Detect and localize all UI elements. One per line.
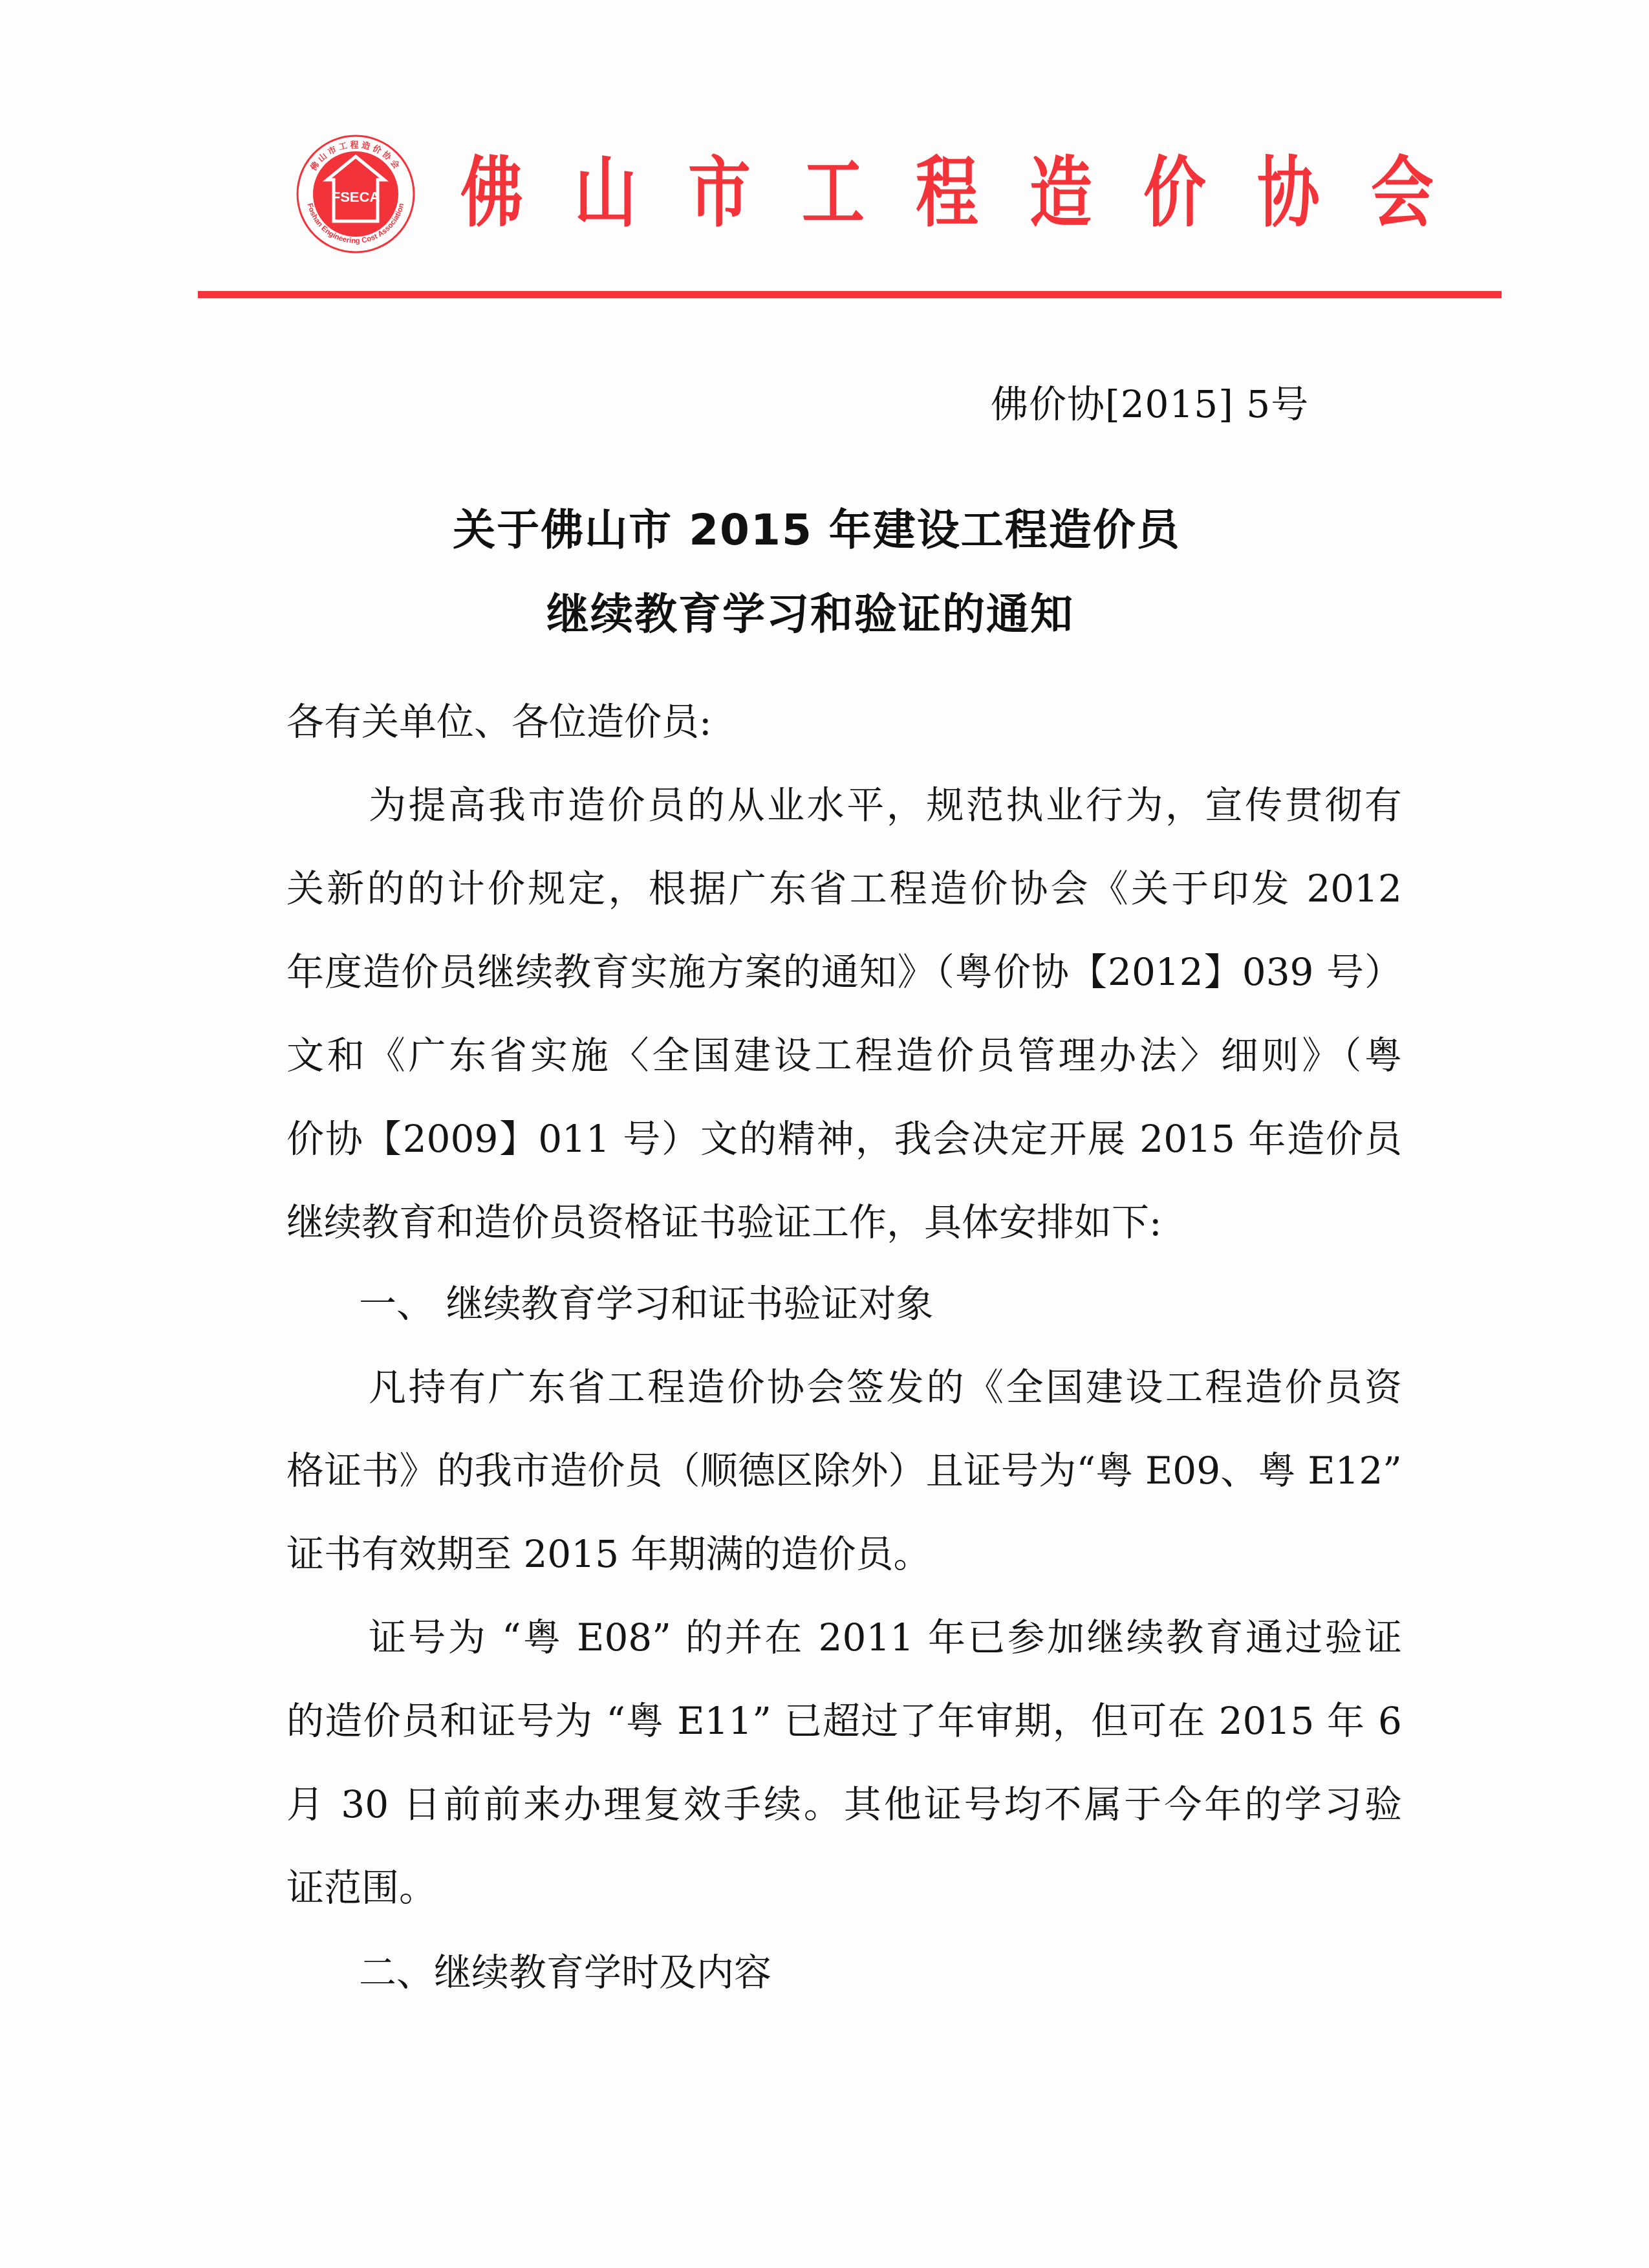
org-name-char: 会 <box>1371 147 1464 238</box>
body-line: 关新的的计价规定，根据广东省工程造价协会《关于印发 2012 <box>286 864 1402 913</box>
document-title-line-1: 关于佛山市 2015 年建设工程造价员 <box>0 501 1641 559</box>
letterhead-divider <box>198 291 1502 298</box>
body-line: 证范围。 <box>286 1863 436 1912</box>
org-name-char: 造 <box>1029 147 1123 238</box>
org-name-char: 山 <box>574 147 667 238</box>
org-name-char: 协 <box>1257 147 1350 238</box>
salutation: 各有关单位、各位造价员: <box>286 697 712 746</box>
org-name-char: 价 <box>1143 147 1236 238</box>
body-line: 年度造价员继续教育实施方案的通知》（粤价协【2012】039 号） <box>286 947 1402 997</box>
organization-name: 佛 山 市 工 程 造 价 协 会 <box>460 147 1485 238</box>
body-line: 凡持有广东省工程造价协会签发的《全国建设工程造价员资 <box>369 1363 1402 1412</box>
body-line: 证书有效期至 2015 年期满的造价员。 <box>286 1529 931 1579</box>
org-name-char: 市 <box>688 147 781 238</box>
body-line: 文和《广东省实施〈全国建设工程造价员管理办法〉细则》（粤 <box>286 1031 1402 1080</box>
svg-text:FSECA: FSECA <box>332 189 380 205</box>
section-heading: 一、 继续教育学习和证书验证对象 <box>359 1279 933 1328</box>
body-line: 格证书》的我市造价员（顺德区除外）且证号为“粤 E09、粤 E12” <box>286 1446 1402 1495</box>
org-name-char: 工 <box>802 147 895 238</box>
body-line: 为提高我市造价员的从业水平，规范执业行为，宣传贯彻有 <box>369 781 1402 830</box>
body-line: 价协【2009】011 号）文的精神，我会决定开展 2015 年造价员 <box>286 1114 1402 1163</box>
document-title-line-2: 继续教育学习和验证的通知 <box>0 585 1635 643</box>
org-name-char: 程 <box>916 147 1009 238</box>
body-line: 证号为 “粤 E08” 的并在 2011 年已参加继续教育通过验证 <box>369 1613 1402 1662</box>
org-name-char: 佛 <box>460 147 554 238</box>
document-number: 佛价协[2015] 5号 <box>991 378 1309 430</box>
section-heading: 二、继续教育学时及内容 <box>359 1948 771 1997</box>
body-line: 的造价员和证号为 “粤 E11” 已超过了年审期，但可在 2015 年 6 <box>286 1696 1402 1745</box>
fseca-logo-icon: FSECA 佛山市工程造价协会 Foshan Engineering Cost … <box>296 135 415 254</box>
body-line: 月 30 日前前来办理复效手续。其他证号均不属于今年的学习验 <box>286 1780 1402 1829</box>
document-page: FSECA 佛山市工程造价协会 Foshan Engineering Cost … <box>0 0 1649 2268</box>
body-line: 继续教育和造价员资格证书验证工作，具体安排如下: <box>286 1198 1162 1247</box>
